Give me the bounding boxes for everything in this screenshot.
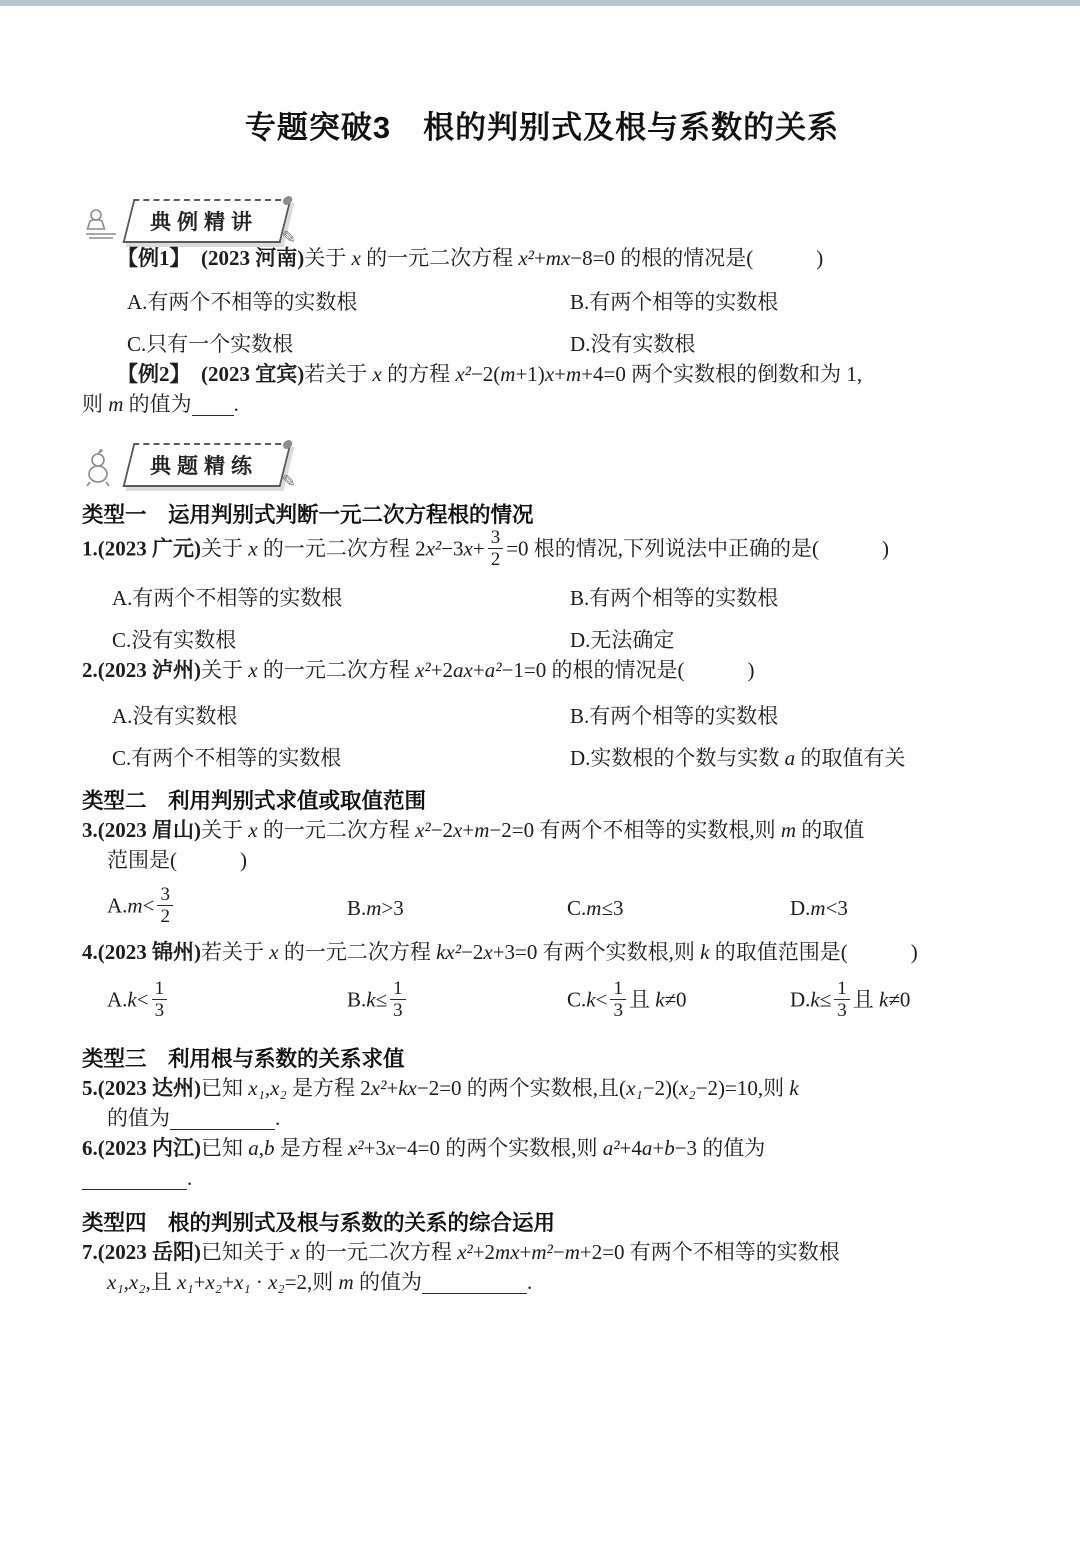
question-2-option-b: B.有两个相等的实数根: [570, 701, 1002, 731]
badge-practice-box: 典题精练 ✎: [123, 443, 292, 487]
question-3-options-row: A.m<32 B.m>3 C.m≤3 D.m<3: [82, 879, 1002, 937]
example-1-options-row-1: A.有两个不相等的实数根 B.有两个相等的实数根: [82, 287, 1002, 317]
question-3-stem-line-2: 范围是( ): [82, 845, 1002, 875]
question-3-option-a: A.m<32: [107, 886, 347, 930]
question-1-options-row-1: A.有两个不相等的实数根 B.有两个相等的实数根: [82, 583, 1002, 613]
badge-dot: [282, 440, 293, 449]
page-top-strip: [0, 0, 1080, 6]
question-2-stem: 2.(2023 泸州)关于 x 的一元二次方程 x²+2ax+a²−1=0 的根…: [82, 655, 1002, 685]
question-1-option-c: C.没有实数根: [112, 625, 570, 655]
example-2-stem-line-1: 【例2】 (2023 宜宾)若关于 x 的方程 x²−2(m+1)x+m+4=0…: [82, 359, 1002, 389]
question-4-option-a: A.k<13: [107, 980, 347, 1024]
example-1-option-d: D.没有实数根: [570, 329, 1002, 359]
question-2-option-d: D.实数根的个数与实数 a 的取值有关: [570, 743, 1002, 773]
pencil-icon: ✎: [282, 228, 296, 248]
badge-lecture-box: 典例精讲 ✎: [123, 199, 292, 243]
question-4-options-row: A.k<13 B.k≤13 C.k<13且 k≠0 D.k≤13且 k≠0: [82, 973, 1002, 1031]
worksheet-page: 专题突破3 根的判别式及根与系数的关系 典例精讲 ✎ 【例1】 (2023 河南…: [0, 0, 1080, 1563]
scholar-icon: [82, 207, 120, 243]
example-1-option-b: B.有两个相等的实数根: [570, 287, 1002, 317]
question-1-options-row-2: C.没有实数根 D.无法确定: [82, 625, 1002, 655]
page-content: 专题突破3 根的判别式及根与系数的关系 典例精讲 ✎ 【例1】 (2023 河南…: [0, 102, 1080, 1297]
question-1-stem: 1.(2023 广元)关于 x 的一元二次方程 2x²−3x+32=0 根的情况…: [82, 529, 1002, 573]
type-4-heading: 类型四 根的判别式及根与系数的关系的综合运用: [82, 1209, 1002, 1237]
example-2-stem-line-2: 则 m 的值为 .: [82, 389, 1002, 419]
question-6-stem-line-1: 6.(2023 内江)已知 a,b 是方程 x²+3x−4=0 的两个实数根,则…: [82, 1133, 1002, 1163]
example-1-stem: 【例1】 (2023 河南)关于 x 的一元二次方程 x²+mx−8=0 的根的…: [82, 243, 1002, 273]
robot-icon: [82, 449, 120, 487]
section-badge-lecture: 典例精讲 ✎: [82, 191, 1002, 243]
question-4-option-c: C.k<13且 k≠0: [567, 980, 790, 1024]
example-1-option-a: A.有两个不相等的实数根: [127, 287, 570, 317]
question-2-options-row-2: C.有两个不相等的实数根 D.实数根的个数与实数 a 的取值有关: [82, 743, 1002, 773]
question-4-option-d: D.k≤13且 k≠0: [790, 980, 1002, 1024]
question-1-option-a: A.有两个不相等的实数根: [112, 583, 570, 613]
question-4-stem: 4.(2023 锦州)若关于 x 的一元二次方程 kx²−2x+3=0 有两个实…: [82, 937, 1002, 967]
question-3-option-d: D.m<3: [790, 893, 1002, 923]
question-5-stem-line-1: 5.(2023 达州)已知 x₁,x₂ 是方程 2x²+kx−2=0 的两个实数…: [82, 1073, 1002, 1103]
question-5-stem-line-2: 的值为 .: [82, 1103, 1002, 1133]
badge-dot: [282, 196, 293, 205]
question-6-stem-line-2: .: [82, 1163, 1002, 1193]
question-1-option-d: D.无法确定: [570, 625, 1002, 655]
question-3-option-c: C.m≤3: [567, 893, 790, 923]
question-2-option-a: A.没有实数根: [112, 701, 570, 731]
example-1-option-c: C.只有一个实数根: [127, 329, 570, 359]
example-1-options-row-2: C.只有一个实数根 D.没有实数根: [82, 329, 1002, 359]
type-2-heading: 类型二 利用判别式求值或取值范围: [82, 787, 1002, 815]
question-2-options-row-1: A.没有实数根 B.有两个相等的实数根: [82, 701, 1002, 731]
question-1-option-b: B.有两个相等的实数根: [570, 583, 1002, 613]
type-3-heading: 类型三 利用根与系数的关系求值: [82, 1045, 1002, 1073]
page-title: 专题突破3 根的判别式及根与系数的关系: [82, 102, 1002, 147]
question-7-stem-line-1: 7.(2023 岳阳)已知关于 x 的一元二次方程 x²+2mx+m²−m+2=…: [82, 1237, 1002, 1267]
question-7-stem-line-2: x₁,x₂,且 x₁+x₂+x₁ · x₂=2,则 m 的值为 .: [82, 1267, 1002, 1297]
pencil-icon: ✎: [282, 472, 296, 492]
badge-lecture-label: 典例精讲: [150, 206, 258, 236]
question-4-option-b: B.k≤13: [347, 980, 567, 1024]
type-1-heading: 类型一 运用判别式判断一元二次方程根的情况: [82, 501, 1002, 529]
question-3-stem-line-1: 3.(2023 眉山)关于 x 的一元二次方程 x²−2x+m−2=0 有两个不…: [82, 815, 1002, 845]
question-2-option-c: C.有两个不相等的实数根: [112, 743, 570, 773]
section-badge-practice: 典题精练 ✎: [82, 435, 1002, 487]
question-3-option-b: B.m>3: [347, 893, 567, 923]
badge-practice-label: 典题精练: [150, 450, 258, 480]
